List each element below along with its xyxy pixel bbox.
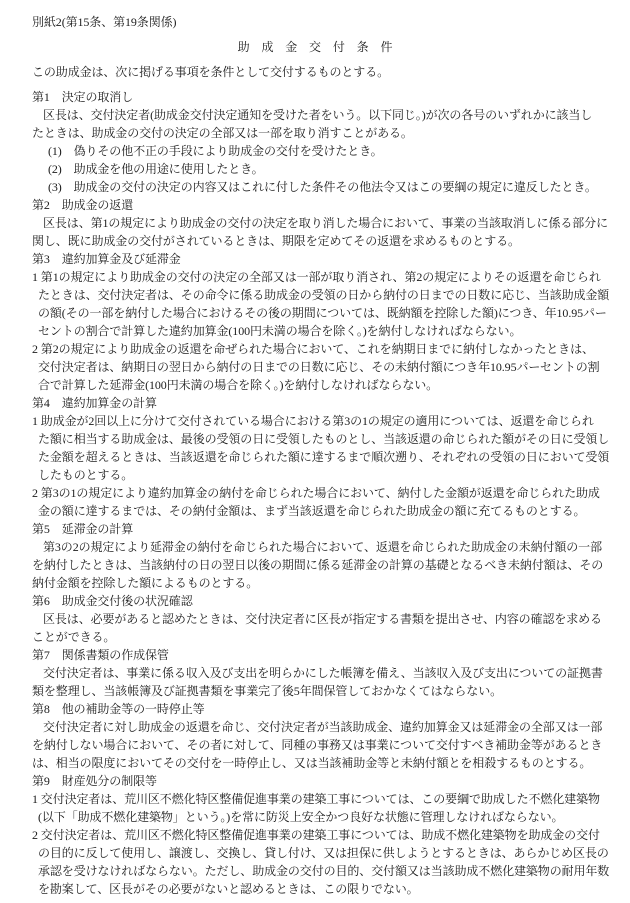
document-line: セントの割合で計算した違約加算金(100円未満の場合を除く。)を納付しなければな… <box>32 322 598 340</box>
document-line: 区長は、第1の規定により助成金の交付の決定を取り消した場合において、事業の当該取… <box>32 214 598 232</box>
document-title: 助 成 金 交 付 条 件 <box>32 38 598 56</box>
document-line: 交付決定者は、事業に係る収入及び支出を明らかにした帳簿を備え、当該収入及び支出に… <box>32 664 598 682</box>
document-line: たときは、助成金の交付の決定の全部又は一部を取り消すことがある。 <box>32 124 598 142</box>
document-line: 第3の2の規定により延滞金の納付を命じられた場合において、返還を命じられた助成金… <box>32 538 598 556</box>
document-line: したものとする。 <box>32 466 598 484</box>
document-line: た金額を超えるときは、当該返還を命じられた額に達するまで順次遡り、それぞれの受領… <box>32 448 598 466</box>
section-heading: 第2 助成金の返還 <box>32 196 598 214</box>
document-line: (以下「助成不燃化建築物」という。)を常に防災上安全かつ良好な状態に管理しなけれ… <box>32 808 598 826</box>
document-line: を勘案して、区長がその必要がないと認めるときは、この限りでない。 <box>32 880 598 898</box>
document-line: 承認を受けなければならない。ただし、助成金の交付の目的、交付額又は当該助成不燃化… <box>32 862 598 880</box>
document-line: 納付金額を控除した額によるものとする。 <box>32 574 598 592</box>
document-line: 1 交付決定者は、荒川区不燃化特区整備促進事業の建築工事については、この要綱で助… <box>32 790 598 808</box>
document-line: 区長は、必要があると認めたときは、交付決定者に区長が指定する書類を提出させ、内容… <box>32 610 598 628</box>
document-line: (1) 偽りその他不正の手段により助成金の交付を受けたとき。 <box>32 142 598 160</box>
document-page: 別紙2(第15条、第19条関係) 助 成 金 交 付 条 件 この助成金は、次に… <box>0 0 630 898</box>
document-line: 関し、既に助成金の交付がされているときは、期限を定めてその返還を求めるものとする… <box>32 232 598 250</box>
document-line: 交付決定者に対し助成金の返還を命じ、交付決定者が当該助成金、違約加算金又は延滞金… <box>32 718 598 736</box>
section-heading: 第1 決定の取消し <box>32 88 598 106</box>
section-heading: 第7 関係書類の作成保管 <box>32 646 598 664</box>
section-heading: 第4 違約加算金の計算 <box>32 394 598 412</box>
document-line: を納付したときは、当該納付の日の翌日以後の期間に係る延滞金の計算の基礎となるべき… <box>32 556 598 574</box>
document-line: 2 第2の規定により助成金の返還を命ぜられた場合において、これを納期日までに納付… <box>32 340 598 358</box>
document-line: の額(その一部を納付した場合におけるその後の期間については、既納額を控除した額)… <box>32 304 598 322</box>
section-heading: 第3 違約加算金及び延滞金 <box>32 250 598 268</box>
document-line: 1 第1の規定により助成金の交付の決定の全部又は一部が取り消され、第2の規定によ… <box>32 268 598 286</box>
section-heading: 第5 延滞金の計算 <box>32 520 598 538</box>
document-line: (2) 助成金を他の用途に使用したとき。 <box>32 160 598 178</box>
document-line: たときは、交付決定者は、その命令に係る助成金の受領の日から納付の日までの日数に応… <box>32 286 598 304</box>
document-line: 交付決定者は、納期日の翌日から納付の日までの日数に応じ、その未納付額につき年10… <box>32 358 598 376</box>
document-line: 類を整理し、当該帳簿及び証拠書類を事業完了後5年間保管しておかなくてはならない。 <box>32 682 598 700</box>
document-line: の目的に反して使用し、譲渡し、交換し、貸し付け、又は担保に供しようとするときは、… <box>32 844 598 862</box>
document-line: 2 第3の1の規定により違約加算金の納付を命じられた場合において、納付した金額が… <box>32 484 598 502</box>
document-line: (3) 助成金の交付の決定の内容又はこれに付した条件その他法令又はこの要綱の規定… <box>32 178 598 196</box>
document-line: 区長は、交付決定者(助成金交付決定通知を受けた者をいう。以下同じ。)が次の各号の… <box>32 106 598 124</box>
document-line: ことができる。 <box>32 628 598 646</box>
document-line: 金の額に達するまでは、その納付金額は、まず当該返還を命じられた助成金の額に充てる… <box>32 502 598 520</box>
document-line: 2 交付決定者は、荒川区不燃化特区整備促進事業の建築工事については、助成不燃化建… <box>32 826 598 844</box>
document-line: 1 助成金が2回以上に分けて交付されている場合における第3の1の規定の適用につい… <box>32 412 598 430</box>
attachment-label: 別紙2(第15条、第19条関係) <box>32 13 598 31</box>
document-line: 合で計算した延滞金(100円未満の場合を除く。)を納付しなければならない。 <box>32 376 598 394</box>
document-body: 第1 決定の取消し区長は、交付決定者(助成金交付決定通知を受けた者をいう。以下同… <box>32 88 598 898</box>
document-line: た額に相当する助成金は、最後の受領の日に受領したものとし、当該返還の命じられた額… <box>32 430 598 448</box>
document-line: を納付しない場合において、その者に対して、同種の事務又は事業について交付すべき補… <box>32 736 598 754</box>
section-heading: 第6 助成金交付後の状況確認 <box>32 592 598 610</box>
section-heading: 第8 他の補助金等の一時停止等 <box>32 700 598 718</box>
document-line: は、相当の限度においてその交付を一時停止し、又は当該補助金等と未納付額とを相殺す… <box>32 754 598 772</box>
section-heading: 第9 財産処分の制限等 <box>32 772 598 790</box>
document-intro: この助成金は、次に掲げる事項を条件として交付するものとする。 <box>32 63 598 81</box>
